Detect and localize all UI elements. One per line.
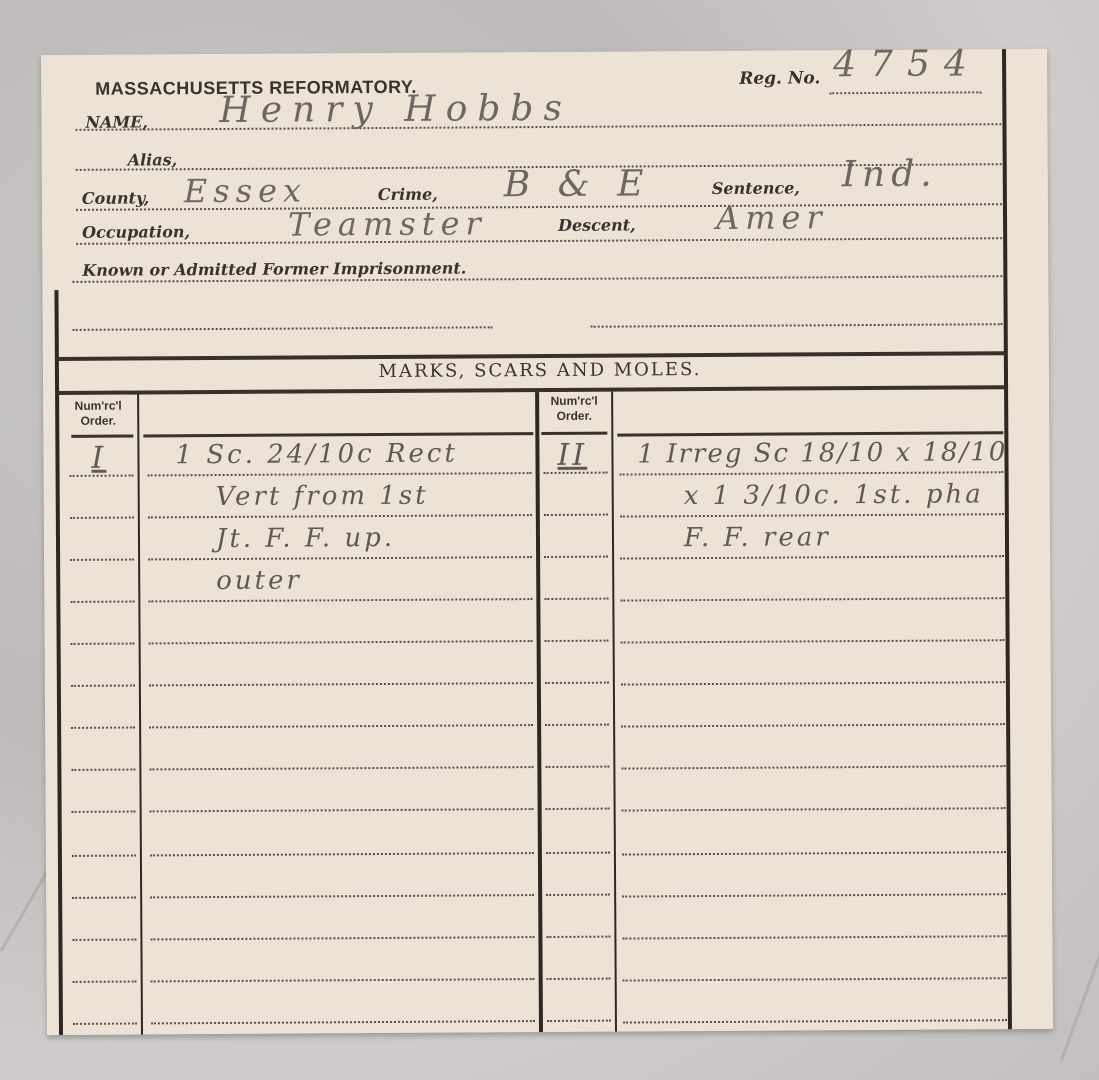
row-line — [149, 640, 533, 644]
section-divider-bottom — [57, 385, 1005, 395]
row-line — [148, 472, 532, 476]
row-line — [623, 977, 1007, 981]
row-line — [622, 851, 1006, 855]
descent-value: Amer — [716, 198, 828, 237]
row-line — [620, 555, 1004, 559]
former-imprisonment-label: Known or Admitted Former Imprisonment. — [82, 258, 466, 279]
row-line — [148, 598, 532, 602]
marks-section-title: MARKS, SCARS AND MOLES. — [67, 357, 1013, 384]
row-line — [547, 1020, 611, 1022]
entry-2-line-3: F. F. rear — [684, 522, 831, 553]
row-line — [149, 766, 533, 770]
row-line — [621, 639, 1005, 643]
record-card: MASSACHUSETTS REFORMATORY. Reg. No. 4754… — [41, 49, 1053, 1035]
row-line — [547, 978, 611, 980]
alias-label: Alias, — [128, 150, 178, 169]
row-line — [545, 724, 609, 726]
row-line — [621, 723, 1005, 727]
col-divider-3 — [611, 392, 617, 1032]
row-line — [150, 852, 534, 856]
order-header-line1: Num'rc'l — [61, 399, 135, 414]
occupation-line — [76, 237, 1002, 245]
county-value: Essex — [184, 171, 307, 210]
row-line — [620, 471, 1004, 475]
row-line — [546, 808, 610, 810]
row-line — [621, 765, 1005, 769]
crime-value: B & E — [504, 163, 652, 205]
right-border — [1002, 49, 1012, 1029]
row-line — [73, 1023, 137, 1025]
row-line — [545, 766, 609, 768]
row-line — [70, 559, 134, 561]
row-line — [546, 936, 610, 938]
entry-1-line-2: Vert from 1st — [216, 481, 429, 512]
sentence-value: Ind. — [842, 154, 938, 196]
row-line — [71, 685, 135, 687]
row-line — [151, 1020, 535, 1024]
row-line — [71, 727, 135, 729]
col-divider-middle — [535, 392, 543, 1032]
order-header-line2: Order. — [61, 414, 135, 429]
row-line — [546, 852, 610, 854]
row-line — [150, 936, 534, 940]
row-line — [546, 894, 610, 896]
header-rule-1 — [71, 435, 133, 438]
header-rule-3 — [541, 432, 607, 435]
sentence-label: Sentence, — [712, 178, 800, 198]
row-line — [71, 769, 135, 771]
row-line — [544, 514, 608, 516]
row-line — [73, 981, 137, 983]
row-line — [148, 556, 532, 560]
order-column-header-right: Num'rc'l Order. — [537, 394, 611, 424]
crime-label: Crime, — [378, 185, 438, 204]
row-line — [622, 807, 1006, 811]
row-line — [544, 556, 608, 558]
order-column-header-left: Num'rc'l Order. — [61, 399, 135, 429]
row-line — [71, 643, 135, 645]
marble-vein — [1060, 872, 1099, 1061]
row-line — [150, 808, 534, 812]
former-imprisonment-line-2b — [591, 323, 1003, 328]
reg-no-label: Reg. No. — [739, 68, 820, 88]
reg-no-line — [829, 91, 981, 94]
row-line — [622, 935, 1006, 939]
descent-label: Descent, — [558, 215, 636, 234]
entry-1-line-4: outer — [216, 565, 302, 596]
row-line — [72, 811, 136, 813]
entry-1-line-3: Jt. F. F. up. — [216, 523, 395, 554]
header-rule-4 — [617, 431, 1003, 436]
row-line — [70, 601, 134, 603]
header-rule-2 — [143, 432, 533, 437]
row-line — [622, 893, 1006, 897]
row-line — [148, 514, 532, 518]
entry-1-line-1: 1 Sc. 24/10c Rect — [175, 439, 458, 471]
reg-no-value: 4754 — [833, 43, 981, 85]
row-line — [545, 640, 609, 642]
row-line — [620, 597, 1004, 601]
row-line — [149, 682, 533, 686]
row-line — [149, 724, 533, 728]
county-label: County, — [82, 188, 150, 207]
occupation-label: Occupation, — [82, 222, 190, 242]
col-divider-1 — [137, 394, 143, 1034]
entry-1-order: I — [91, 441, 106, 476]
occupation-value: Teamster — [288, 204, 487, 243]
row-line — [544, 598, 608, 600]
name-value: Henry Hobbs — [219, 88, 572, 131]
entry-2-line-1: 1 Irreg Sc 18/10 x 18/10 — [637, 437, 1007, 469]
row-line — [621, 681, 1005, 685]
order-header-line1: Num'rc'l — [537, 394, 611, 409]
row-line — [72, 855, 136, 857]
row-line — [150, 894, 534, 898]
row-line — [623, 1019, 1007, 1023]
row-line — [151, 978, 535, 982]
row-line — [620, 513, 1004, 517]
row-line — [72, 939, 136, 941]
row-line — [72, 897, 136, 899]
row-line — [70, 517, 134, 519]
row-line — [545, 682, 609, 684]
order-header-line2: Order. — [537, 409, 611, 424]
entry-2-order: II — [557, 438, 587, 473]
entry-2-line-2: x 1 3/10c. 1st. pha — [684, 479, 984, 511]
former-imprisonment-line-2a — [73, 326, 493, 331]
